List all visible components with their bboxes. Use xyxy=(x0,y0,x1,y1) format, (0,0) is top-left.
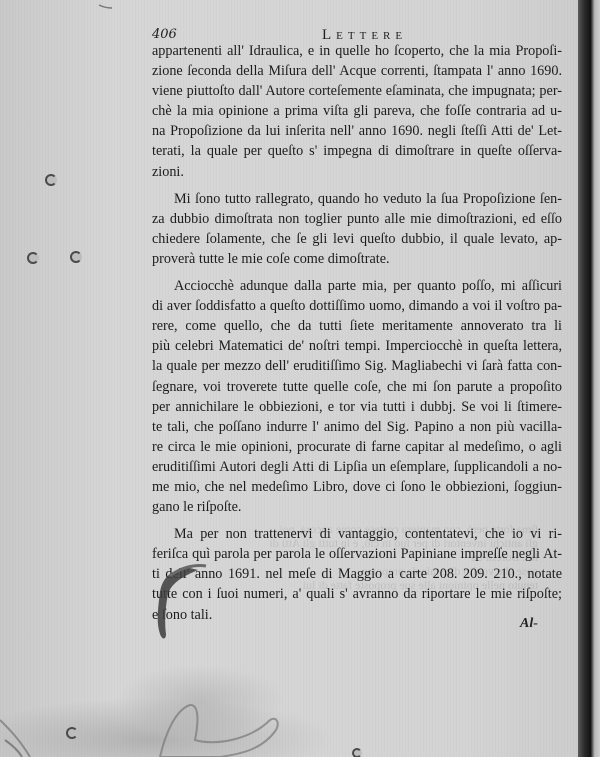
text-line: za dubbio dimoſtrata non toglier punto a… xyxy=(152,209,562,229)
text-line: re circa le mie opinioni, procurate di f… xyxy=(152,437,562,457)
text-line: tutte con i ſuoi numeri, a' quali s' avr… xyxy=(152,584,562,604)
text-line: Ma per non trattenervi di vantaggio, con… xyxy=(152,524,562,544)
text-line: rere, come quello, che da tutti ſiete me… xyxy=(152,316,562,336)
text-line: chiedere ſolamente, che ſe gli levi queſ… xyxy=(152,229,562,249)
page-number: 406 xyxy=(152,27,177,42)
body-text: appartenenti all' Idraulica, e in quelle… xyxy=(152,41,562,625)
wormhole-mark xyxy=(352,748,362,757)
text-line: ſegnare, voi troverete tutte quelle coſe… xyxy=(152,377,562,397)
text-line: proverà tutte le mie coſe come dimoſtrat… xyxy=(152,249,562,269)
text-line: chè la mia opinione a prima viſta gli pa… xyxy=(152,101,562,121)
text-line: per annichilare le obbiezioni, e tor via… xyxy=(152,397,562,417)
text-line: na Propoſizione da lui inſerita nell' an… xyxy=(152,121,562,141)
text-line: Acciocchè adunque dalla parte mia, per q… xyxy=(152,276,562,296)
text-line: ti dell' anno 1691. nel meſe di Maggio a… xyxy=(152,564,562,584)
text-line: eruditiſſimi Autori degli Atti di Lipſia… xyxy=(152,457,562,477)
text-line: te tali, che poſſano indurre l' animo de… xyxy=(152,417,562,437)
text-line: zioni. xyxy=(152,162,562,182)
water-stain xyxy=(0,680,300,757)
text-line: terati, la quale per queſto s' impegna d… xyxy=(152,141,562,161)
text-line: feriſca quì parola per parola le oſſerva… xyxy=(152,544,562,564)
text-line: di aver ſoddisfatto a queſto dottiſſimo … xyxy=(152,296,562,316)
wormhole-mark xyxy=(45,174,57,186)
text-line: e ſono tali. xyxy=(152,605,562,625)
text-line: me mio, che nel medeſimo Libro, dove ci … xyxy=(152,477,562,497)
text-line: gano le riſpoſte. xyxy=(152,497,562,517)
text-line: la quale per mezzo dell' eruditiſſimo Si… xyxy=(152,356,562,376)
catchword: Al- xyxy=(520,616,538,632)
page-edge xyxy=(591,0,600,757)
text-line: zione ſeconda della Miſura dell' Acque c… xyxy=(152,61,562,81)
book-page: ſima forte però, con maniera cortese com… xyxy=(0,0,578,757)
wormhole-mark xyxy=(66,727,78,739)
text-line: viene piuttoſto dall' Autore corteſement… xyxy=(152,81,562,101)
text-line: Mi ſono tutto rallegrato, quando ho vedu… xyxy=(152,189,562,209)
smudge-mark xyxy=(98,2,114,10)
wormhole-mark xyxy=(70,251,82,263)
wormhole-mark xyxy=(27,252,39,264)
text-line: appartenenti all' Idraulica, e in quelle… xyxy=(152,41,562,61)
text-line: più celebri Matematici de' noſtri tempi.… xyxy=(152,336,562,356)
